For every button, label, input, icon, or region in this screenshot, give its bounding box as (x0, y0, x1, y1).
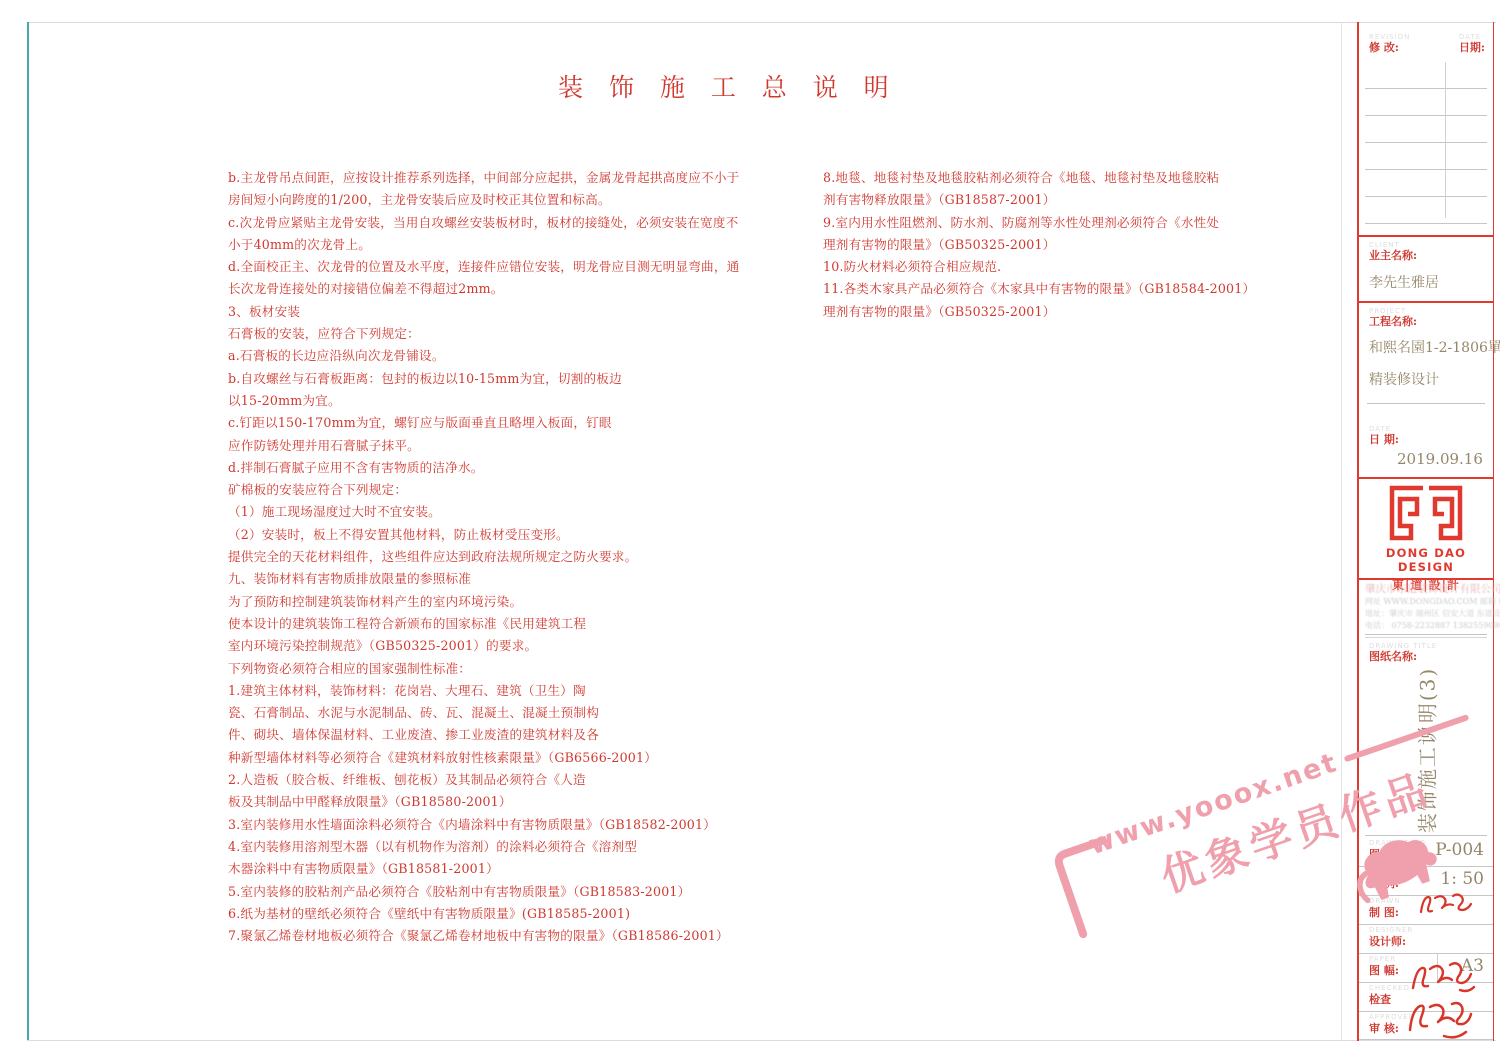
revision-row (1365, 170, 1487, 197)
note-line: （1）施工现场湿度过大时不宜安装。 (228, 501, 716, 523)
logo-name-en: DONG DAO DESIGN (1359, 546, 1493, 574)
note-line: 九、装饰材料有害物质排放限量的参照标准 (228, 568, 716, 590)
row-label: 检查 (1369, 993, 1391, 1006)
drawing-title-label-en: DRAWING TITLE (1369, 642, 1493, 650)
note-line: 以15-20mm为宜。 (228, 390, 716, 412)
note-line: 下列物资必须符合相应的国家强制性标准： (228, 658, 716, 680)
note-line: b.自攻螺丝与石膏板距离：包封的板边以10-15mm为宜，切割的板边 (228, 368, 716, 390)
note-line: 长次龙骨连接处的对接错位偏差不得超过2mm。 (228, 278, 716, 300)
page-border-left (27, 22, 29, 1041)
revision-table-divider (1445, 62, 1446, 218)
note-line: 9.室内用水性阻燃剂、防水剂、防腐剂等水性处理剂必须符合《水性处 (823, 212, 1223, 234)
company-logo: DONG DAO DESIGN 東|道|設|計 (1359, 484, 1493, 593)
notes-column-left: b.主龙骨吊点间距，应按设计推荐系列选择，中间部分应起拱，金属龙骨起拱高度应不小… (228, 167, 716, 947)
note-line: 理剂有害物的限量》（GB50325-2001） (823, 234, 1223, 256)
page-border-bottom (27, 1040, 1496, 1041)
row-label: 审 核: (1369, 1022, 1399, 1035)
note-line: 提供完全的天花材料组件，这些组件应达到政府法规所规定之防火要求。 (228, 546, 716, 568)
drawing-title-section: DRAWING TITLE 图纸名称: (1359, 642, 1493, 663)
note-line: d.拌制石膏腻子应用不含有害物质的洁净水。 (228, 457, 716, 479)
note-line: 板及其制品中甲醛释放限量》（GB18580-2001） (228, 791, 716, 813)
note-line: 件、砌块、墙体保温材料、工业废渣、掺工业废渣的建筑材料及各 (228, 724, 716, 746)
divider (1365, 634, 1487, 635)
revision-row (1365, 62, 1487, 89)
note-line: 6.纸为基材的壁纸必须符合《壁纸中有害物质限量》(GB18585-2001) (228, 903, 716, 925)
row-label-en: PAPER (1369, 955, 1396, 963)
note-line: 3、板材安装 (228, 301, 716, 323)
date-value: 2019.09.16 (1397, 450, 1493, 468)
note-line: 1.建筑主体材料，装饰材料：花岗岩、大理石、建筑（卫生）陶 (228, 680, 716, 702)
divider (1359, 301, 1493, 303)
row-label-en: CHECKED (1369, 984, 1410, 992)
note-line: 室内环境污染控制规范》（GB50325-2001）的要求。 (228, 635, 716, 657)
note-line: 为了预防和控制建筑装饰材料产生的室内环境污染。 (228, 591, 716, 613)
date-section: DATE 日 期: 2019.09.16 (1359, 425, 1493, 468)
divider (1365, 637, 1487, 638)
company-info-line: 地址：肇庆市 端州区 信安大道 东道设计 (1365, 608, 1487, 620)
page-border-top (27, 22, 1496, 23)
revision-row (1365, 116, 1487, 143)
checked-signature (1408, 958, 1480, 1002)
note-line: 2.人造板（胶合板、纤维板、刨花板）及其制品必须符合《人造 (228, 769, 716, 791)
note-line: 11.各类木家具产品必须符合《木家具中有害物的限量》（GB18584-2001） (823, 278, 1223, 300)
note-line: 10.防火材料必须符合相应规范. (823, 256, 1223, 278)
note-line: 房间短小向跨度的1/200，主龙骨安装后应及时校正其位置和标高。 (228, 189, 716, 211)
note-line: 7.聚氯乙烯卷材地板必须符合《聚氯乙烯卷材地板中有害物的限量》（GB18586-… (228, 925, 716, 947)
project-name-line2: 精装修设计 (1369, 369, 1493, 389)
divider (1359, 477, 1493, 479)
client-label: 业主名称: (1369, 249, 1493, 262)
note-line: 石膏板的安装，应符合下列规定： (228, 323, 716, 345)
divider (1367, 403, 1485, 404)
note-line: b.主龙骨吊点间距，应按设计推荐系列选择，中间部分应起拱，金属龙骨起拱高度应不小… (228, 167, 716, 189)
note-line: 4.室内装修用溶剂型木器（以有机物作为溶剂）的涂料必须符合《溶剂型 (228, 836, 716, 858)
drawing-number-value: P-004 (1435, 840, 1484, 860)
note-line: 小于40mm的次龙骨上。 (228, 234, 716, 256)
note-line: 5.室内装修的胶粘剂产品必须符合《胶粘剂中有害物质限量》（GB18583-200… (228, 881, 716, 903)
note-line: d.全面校正主、次龙骨的位置及水平度，连接件应错位安装，明龙骨应目测无明显弯曲，… (228, 256, 716, 278)
approved-signature (1404, 998, 1480, 1046)
note-line: c.钉距以150-170mm为宜，螺钉应与版面垂直且略埋入板面，钉眼 (228, 412, 716, 434)
notes-column-right: 8.地毯、地毯衬垫及地毯胶粘剂必须符合《地毯、地毯衬垫及地毯胶粘剂有害物释放限量… (823, 167, 1223, 323)
project-section: PROJECT 工程名称: 和熙名園1-2-1806單元 精装修设计 (1359, 307, 1493, 389)
project-name-line1: 和熙名園1-2-1806單元 (1369, 337, 1493, 357)
revision-date-label: 日期: (1459, 41, 1485, 54)
note-line: a.石膏板的长边应沿纵向次龙骨铺设。 (228, 345, 716, 367)
note-line: 瓷、石膏制品、水泥与水泥制品、砖、瓦、混凝土、混凝土预制构 (228, 702, 716, 724)
note-line: c.次龙骨应紧贴主龙骨安装，当用自攻螺丝安装板材时，板材的接缝处，必须安装在宽度… (228, 212, 716, 234)
client-section: CLIENT 业主名称: 李先生雅居 (1359, 241, 1493, 292)
note-line: 剂有害物释放限量》（GB18587-2001） (823, 189, 1223, 211)
date-label-en: DATE (1369, 425, 1493, 433)
company-info-line: 肇庆市东道装饰设计有限公司 (1365, 583, 1487, 596)
drawing-sheet: 装 饰 施 工 总 说 明 b.主龙骨吊点间距，应按设计推荐系列选择，中间部分应… (0, 0, 1500, 1061)
revision-row (1365, 197, 1487, 224)
revision-label-en: REVISION (1369, 33, 1410, 41)
revision-table (1365, 62, 1487, 218)
content-right-border (1341, 22, 1342, 1040)
note-line: 使本设计的建筑装饰工程符合新颁布的国家标准《民用建筑工程 (228, 613, 716, 635)
company-info-line: 网址 WWW.DONGDAO.COM 邮箱 DD@163.COM (1365, 596, 1487, 608)
row-label: 图 幅: (1369, 964, 1399, 977)
note-line: 3.室内装修用水性墙面涂料必须符合《内墙涂料中有害物质限量》（GB18582-2… (228, 814, 716, 836)
note-line: 8.地毯、地毯衬垫及地毯胶粘剂必须符合《地毯、地毯衬垫及地毯胶粘 (823, 167, 1223, 189)
revision-date-label-en: DATE (1459, 33, 1485, 41)
note-line: 种新型墙体材料等必须符合《建筑材料放射性核素限量》（GB6566-2001） (228, 747, 716, 769)
row-label: 设计师: (1369, 935, 1406, 948)
note-line: 木器涂料中有害物质限量》（GB18581-2001） (228, 858, 716, 880)
note-line: 理剂有害物的限量》（GB50325-2001） (823, 301, 1223, 323)
client-value: 李先生雅居 (1369, 272, 1493, 292)
revision-header: REVISION 修 改: DATE 日期: (1359, 33, 1493, 54)
company-info-line: 电话： 0758-2232887 13825590988 (1365, 620, 1487, 632)
drawing-title-label: 图纸名称: (1369, 650, 1493, 663)
dongdao-seal-icon (1387, 484, 1465, 542)
note-line: 应作防锈处理并用石膏腻子抹平。 (228, 435, 716, 457)
revision-label: 修 改: (1369, 41, 1410, 54)
note-line: 矿棉板的安装应符合下列规定： (228, 479, 716, 501)
revision-row (1365, 143, 1487, 170)
divider (1359, 235, 1493, 237)
page-title: 装 饰 施 工 总 说 明 (558, 68, 898, 104)
revision-row (1365, 89, 1487, 116)
company-info: 肇庆市东道装饰设计有限公司 网址 WWW.DONGDAO.COM 邮箱 DD@1… (1359, 583, 1493, 632)
client-label-en: CLIENT (1369, 241, 1493, 249)
date-label: 日 期: (1369, 433, 1493, 446)
row-designer: DESIGNER 设计师: (1359, 924, 1493, 954)
divider (1359, 578, 1493, 580)
note-line: （2）安装时，板上不得安置其他材料，防止板材受压变形。 (228, 524, 716, 546)
project-label: 工程名称: (1369, 315, 1493, 328)
project-label-en: PROJECT (1369, 307, 1493, 315)
row-label-en: DESIGNER (1369, 926, 1413, 934)
